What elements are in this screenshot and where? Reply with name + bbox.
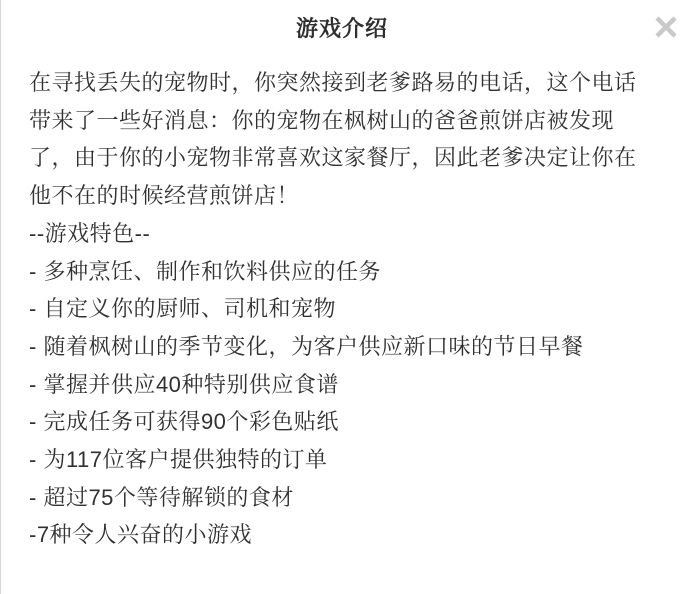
intro-paragraph-line: 了，由于你的小宠物非常喜欢这家餐厅，因此老爹决定让你在 xyxy=(29,139,665,177)
intro-paragraph-line: 带来了一些好消息：你的宠物在枫树山的爸爸煎饼店被发现 xyxy=(29,102,665,140)
close-button[interactable] xyxy=(651,12,681,42)
intro-paragraph-line: 在寻找丢失的宠物时，你突然接到老爹路易的电话，这个电话 xyxy=(29,64,665,102)
feature-item: - 超过75个等待解锁的食材 xyxy=(29,479,665,517)
feature-item: - 完成任务可获得90个彩色贴纸 xyxy=(29,403,665,441)
game-description: 在寻找丢失的宠物时，你突然接到老爹路易的电话，这个电话 带来了一些好消息：你的宠… xyxy=(1,64,683,554)
dialog-title: 游戏介绍 xyxy=(1,14,683,44)
feature-item: - 多种烹饪、制作和饮料供应的任务 xyxy=(29,253,665,291)
dialog-header: 游戏介绍 xyxy=(1,0,683,44)
feature-item: - 为117位客户提供独特的订单 xyxy=(29,441,665,479)
game-intro-dialog: 游戏介绍 在寻找丢失的宠物时，你突然接到老爹路易的电话，这个电话 带来了一些好消… xyxy=(0,0,683,594)
feature-item: - 随着枫树山的季节变化，为客户供应新口味的节日早餐 xyxy=(29,328,665,366)
close-icon xyxy=(653,14,679,40)
feature-item: -7种令人兴奋的小游戏 xyxy=(29,516,665,554)
features-section-header: --游戏特色-- xyxy=(29,215,665,253)
feature-item: - 掌握并供应40种特别供应食谱 xyxy=(29,366,665,404)
intro-paragraph-line: 他不在的时候经营煎饼店！ xyxy=(29,177,665,215)
feature-item: - 自定义你的厨师、司机和宠物 xyxy=(29,290,665,328)
